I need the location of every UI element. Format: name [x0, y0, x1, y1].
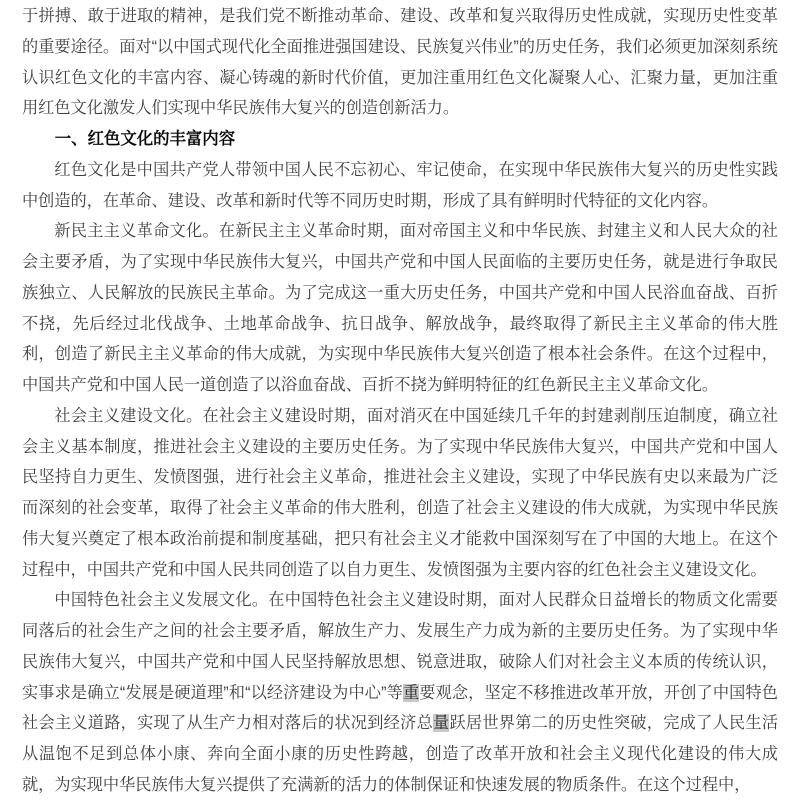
section-heading: 一、红色文化的丰富内容 — [22, 124, 778, 155]
paragraph-intro-continuation: 于拼搏、敢于进取的精神，是我们党不断推动革命、建设、改革和复兴取得历史性成就，实… — [22, 1, 778, 124]
highlighted-character: 重 — [403, 684, 419, 702]
document-page: 于拼搏、敢于进取的精神，是我们党不断推动革命、建设、改革和复兴取得历史性成就，实… — [0, 0, 800, 800]
highlighted-character: 量 — [433, 714, 449, 732]
paragraph-red-culture-overview: 红色文化是中国共产党人带领中国人民不忘初心、牢记使命，在实现中华民族伟大复兴的历… — [22, 155, 778, 217]
paragraph-socialist-construction-culture: 社会主义建设文化。在社会主义建设时期，面对消灭在中国延续几千年的封建剥削压迫制度… — [22, 401, 778, 586]
paragraph-chinese-characteristics-development-culture: 中国特色社会主义发展文化。在中国特色社会主义建设时期，面对人民群众日益增长的物质… — [22, 585, 778, 800]
paragraph-new-democratic-revolution-culture: 新民主主义革命文化。在新民主主义革命时期，面对帝国主义和中华民族、封建主义和人民… — [22, 216, 778, 401]
